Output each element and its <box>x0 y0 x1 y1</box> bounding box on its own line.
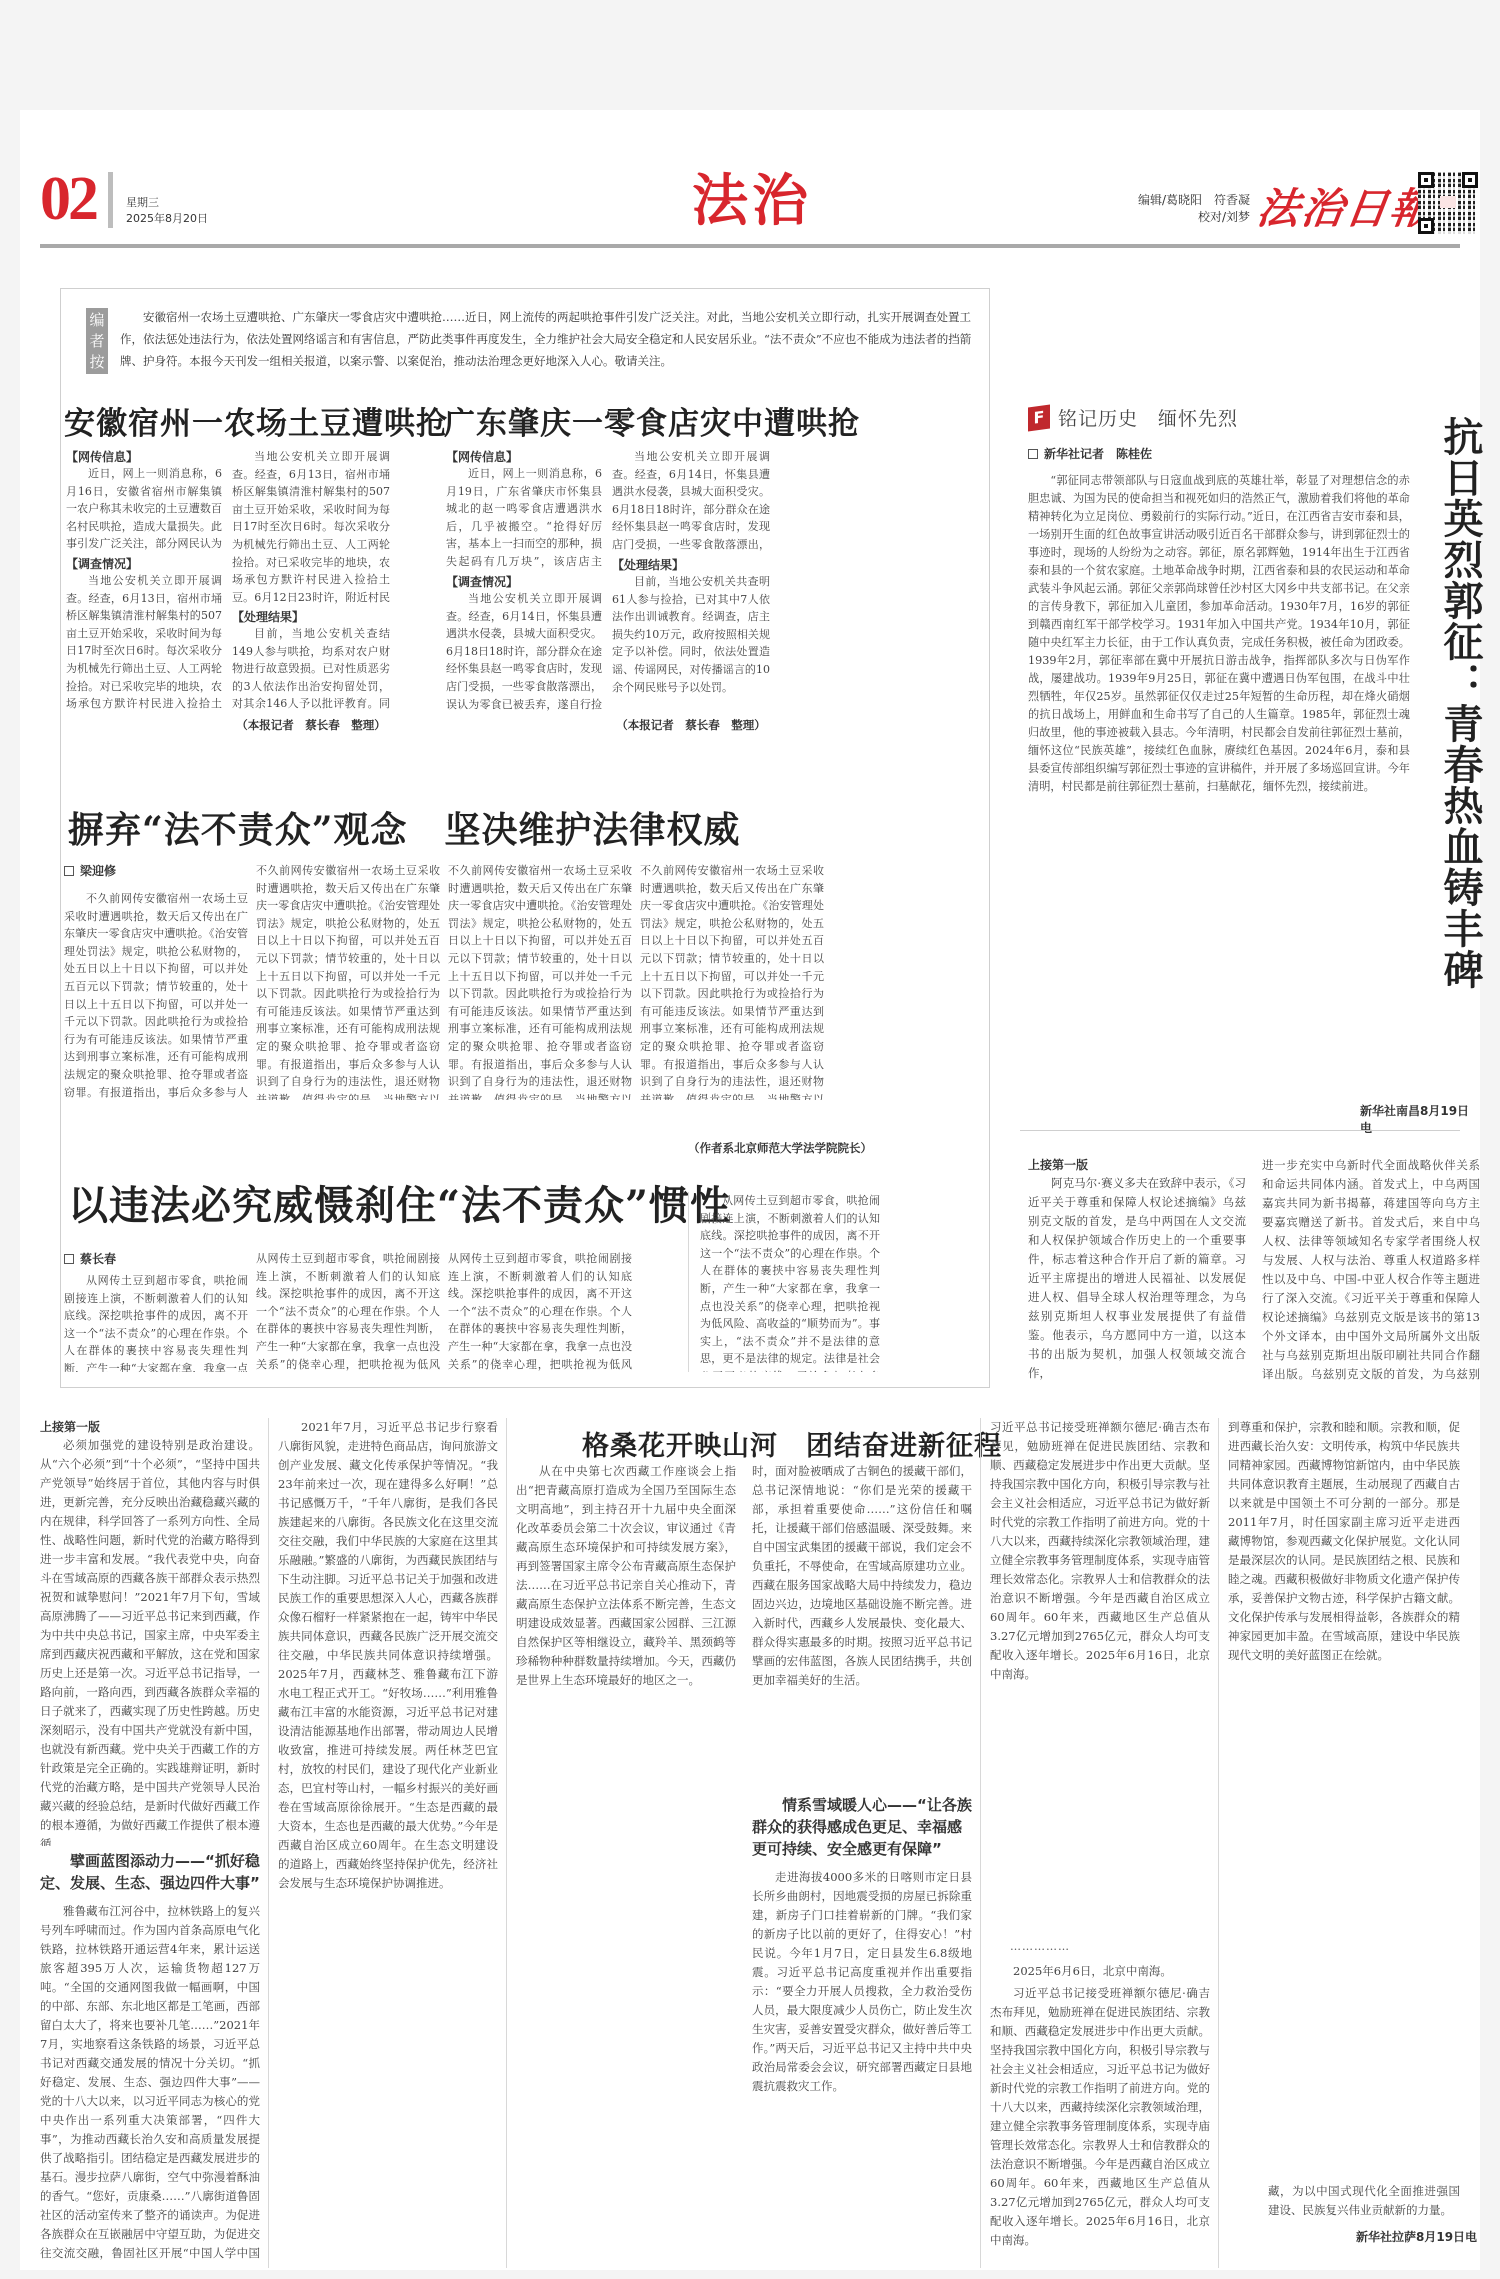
opinion2-author: 蔡长春 <box>80 1252 116 1266</box>
opinion2-col3: 从网传土豆到超市零食，哄抢闹剧接连上演，不断刺激着人们的认知底线。深挖哄抢事件的… <box>448 1250 632 1372</box>
series-label: 铭记历史 缅怀先烈 <box>1058 404 1238 431</box>
opinion1-headline: 摒弃“法不责众”观念 坚决维护法律权威 <box>68 802 740 853</box>
byline-box-icon <box>1028 449 1038 459</box>
story2-investigation-label: 【调查情况】 <box>446 573 602 590</box>
story2-investigation-cont: 当地公安机关立即开展调查。经查，6月14日，怀集县遭遇洪水侵袭，县城大面积受灾。… <box>612 448 770 554</box>
story1-result-text: 目前，当地公安机关查结149人参与哄抢，均系对农户财物进行故意毁损。已对性质恶劣… <box>232 625 390 713</box>
bottom-col5: 习近平总书记接受班禅额尔德尼·确吉杰布拜见，勉励班禅在促进民族团结、宗教和顺、西… <box>990 1418 1210 1928</box>
bottom-col6-end: 藏，为以中国式现代化全面推进强国建设、民族复兴伟业贡献新的力量。 <box>1268 2182 1460 2222</box>
editor-credits: 编辑/葛晓阳 符香凝 校对/刘梦 <box>1110 192 1250 226</box>
story2-col2: 当地公安机关立即开展调查。经查，6月14日，怀集县遭遇洪水侵袭，县城大面积受灾。… <box>612 448 770 733</box>
bottom-col2: 2021年7月，习近平总书记步行察看八廓街风貌，走进特色商品店，询问旅游文创产业… <box>278 1418 498 2268</box>
section-break-dots: …………… <box>1010 1940 1070 1953</box>
section-divider <box>1020 1130 1460 1131</box>
masthead-rule <box>40 244 1460 248</box>
history-vertical-title: 抗日英烈郭征：青春热血铸丰碑 <box>1420 416 1480 990</box>
opinion2-col2: 从网传土豆到超市零食，哄抢闹剧接连上演，不断刺激着人们的认知底线。深挖哄抢事件的… <box>256 1250 440 1372</box>
opinion2-col4: 从网传土豆到超市零食，哄抢闹剧接连上演，不断刺激着人们的认知底线。深挖哄抢事件的… <box>700 1192 880 1372</box>
column-divider <box>506 1418 507 2268</box>
story1-col1: 【网传信息】 近日，网上一则消息称，6月16日，安徽省宿州市解集镇一农户称其未收… <box>66 448 222 712</box>
opinion1-col2: 不久前网传安徽宿州一农场土豆采收时遭遇哄抢，数天后又传出在广东肇庆一零食店灾中遭… <box>256 862 440 1100</box>
series-f-cube-icon: F <box>1028 404 1050 431</box>
column-divider <box>268 1418 269 2268</box>
editor-note: 安徽宿州一农场土豆遭哄抢、广东肇庆一零食店灾中遭哄抢……近日，网上流传的两起哄抢… <box>120 306 980 372</box>
proofreader: 校对/刘梦 <box>1110 209 1250 226</box>
bottom-col5-after: 习近平总书记接受班禅额尔德尼·确吉杰布拜见，勉励班禅在促进民族团结、宗教和顺、西… <box>990 1984 1210 2268</box>
byline-box-icon <box>64 866 74 876</box>
opinion1-author-note: （作者系北京师范大学法学院院长） <box>688 1140 872 1156</box>
page-number: 02 <box>40 168 96 230</box>
bottom-col1-subhead: 擘画蓝图添动力——“抓好稳定、发展、生态、强边四件大事” <box>40 1850 260 1894</box>
opinion1-col4: 不久前网传安徽宿州一农场土豆采收时遭遇哄抢，数天后又传出在广东肇庆一零食店灾中遭… <box>640 862 824 1100</box>
story1-credit: （本报记者 蔡长春 整理） <box>232 717 390 733</box>
continued-right-col1: 阿克马尔·赛义多夫在致辞中表示，《习近平关于尊重和保障人权论述摘编》乌兹别克文版… <box>1028 1174 1246 1380</box>
history-byline: 新华社记者 陈桂佐 <box>1028 445 1152 462</box>
issue-date: 2025年8月20日 <box>126 210 208 226</box>
bottom-col1-after: 雅鲁藏布江河谷中，拉林铁路上的复兴号列车呼啸而过。作为国内首条高原电气化铁路，拉… <box>40 1902 260 2262</box>
story1-col2: 当地公安机关立即开展调查。经查，6月13日，宿州市埇桥区解集镇清淮村解集村的50… <box>232 448 390 733</box>
section-title: 法治 <box>692 170 812 232</box>
story2-col1: 【网传信息】 近日，网上一则消息称，6月19日，广东省肇庆市怀集县城北的赵一鸣零… <box>446 448 602 712</box>
bottom-continued-label: 上接第一版 <box>40 1418 100 1435</box>
bottom-col4: 时，面对脸被晒成了古铜色的援藏干部们，总书记深情地说：“你们是光荣的援藏干部，承… <box>752 1462 972 1788</box>
opinion2-byline: 蔡长春 <box>64 1250 116 1267</box>
bottom-col3: 从在中央第七次西藏工作座谈会上指出“把青藏高原打造成为全国乃至国际生态文明高地”… <box>516 1462 736 2268</box>
continued-right-col2: 进一步充实中乌新时代全面战略伙伴关系和命运共同体内涵。首发式上，中乌两国嘉宾共同… <box>1262 1156 1480 1380</box>
bottom-headline: 格桑花开映山河 团结奋进新征程 <box>582 1424 1002 1463</box>
bottom-col4-after: 走进海拔4000多米的日喀则市定日县长所乡曲朗村，因地震受损的房屋已拆除重建，新… <box>752 1868 972 2268</box>
story2-online-label: 【网传信息】 <box>446 448 602 465</box>
story2-online-text: 近日，网上一则消息称，6月19日，广东省肇庆市怀集县城北的赵一鸣零食店遭遇洪水后… <box>446 465 602 569</box>
byline-box-icon <box>64 1254 74 1264</box>
story1-investigation-text: 当地公安机关立即开展调查。经查，6月13日，宿州市埇桥区解集镇清淮村解集村的50… <box>66 572 222 712</box>
paper-logo: 法治日報 <box>1254 176 1438 236</box>
story1-online-label: 【网传信息】 <box>66 448 222 465</box>
opinion2-col1: 从网传土豆到超市零食，哄抢闹剧接连上演，不断刺激着人们的认知底线。深挖哄抢事件的… <box>64 1272 248 1372</box>
history-body: “郭征同志带领部队与日寇血战到底的英雄壮举，彰显了对理想信念的赤胆忠诚、为国为民… <box>1028 472 1410 1082</box>
history-author: 新华社记者 陈桂佐 <box>1044 447 1152 461</box>
bottom-col4-subhead: 情系雪域暖人心——“让各族群众的获得感成色更足、幸福感更可持续、安全感更有保障” <box>752 1794 972 1860</box>
bottom-col1: 必须加强党的建设特别是政治建设。从“六个必须”到“十个必须”，“坚持中国共产党领… <box>40 1436 260 1846</box>
continued-label: 上接第一版 <box>1028 1156 1088 1173</box>
story2-result-text: 目前，当地公安机关共查明61人参与捡拾，已对其中7人依法作出训诫教育。经调查，店… <box>612 573 770 713</box>
story2-headline: 广东肇庆一零食店灾中遭哄抢 <box>444 398 860 443</box>
story2-credit: （本报记者 蔡长春 整理） <box>612 717 770 733</box>
bottom-col5-date: 2025年6月6日，北京中南海。 <box>990 1962 1210 1981</box>
bottom-dateline: 新华社拉萨8月19日电 <box>1356 2228 1477 2245</box>
opinion1-col3: 不久前网传安徽宿州一农场土豆采收时遭遇哄抢，数天后又传出在广东肇庆一零食店灾中遭… <box>448 862 632 1100</box>
editor-note-tag: 编者按 <box>86 308 108 374</box>
newspaper-page: 02 星期三 2025年8月20日 法治 编辑/葛晓阳 符香凝 校对/刘梦 法治… <box>20 110 1480 2270</box>
qr-code-icon[interactable] <box>1418 172 1478 234</box>
column-divider <box>980 1418 981 2268</box>
story1-investigation-cont: 当地公安机关立即开展调查。经查，6月13日，宿州市埇桥区解集镇清淮村解集村的50… <box>232 448 390 606</box>
story1-online-text: 近日，网上一则消息称，6月16日，安徽省宿州市解集镇一农户称其未收完的土豆遭数百… <box>66 465 222 551</box>
bottom-col6: 到尊重和保护，宗教和睦和顺。宗教和顺，促进西藏长治久安：文明传承，构筑中华民族共… <box>1228 1418 1460 2238</box>
column-divider <box>1218 1418 1219 2268</box>
column-divider <box>688 1192 689 1372</box>
story1-investigation-label: 【调查情况】 <box>66 555 222 572</box>
page-number-divider <box>108 172 113 228</box>
opinion1-author: 梁迎修 <box>80 864 116 878</box>
issue-weekday: 星期三 <box>126 194 159 210</box>
story2-investigation-text: 当地公安机关立即开展调查。经查，6月14日，怀集县遭遇洪水侵袭，县城大面积受灾。… <box>446 590 602 712</box>
opinion1-col1: 不久前网传安徽宿州一农场土豆采收时遭遇哄抢，数天后又传出在广东肇庆一零食店灾中遭… <box>64 890 248 1100</box>
opinion2-headline: 以违法必究威慑刹住“法不责众”惯性 <box>68 1174 731 1231</box>
story1-result-label: 【处理结果】 <box>232 608 390 625</box>
story1-headline: 安徽宿州一农场土豆遭哄抢 <box>64 398 448 443</box>
story2-result-label: 【处理结果】 <box>612 556 770 573</box>
opinion1-byline: 梁迎修 <box>64 862 116 879</box>
editors: 编辑/葛晓阳 符香凝 <box>1110 192 1250 209</box>
